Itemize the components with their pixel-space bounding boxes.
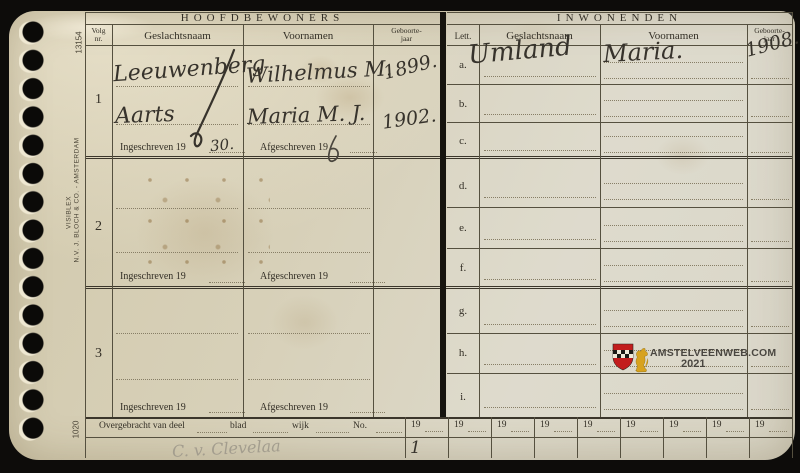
grid-line bbox=[447, 248, 792, 249]
handwritten-tally: 1 bbox=[410, 438, 421, 458]
dotted-line bbox=[751, 281, 789, 282]
dotted-line bbox=[484, 279, 596, 280]
dotted-line bbox=[751, 78, 789, 79]
grid-line bbox=[243, 24, 244, 417]
row-letter: i. bbox=[449, 391, 477, 403]
dotted-line bbox=[751, 409, 789, 410]
dotted-line bbox=[769, 431, 787, 432]
dotted-line bbox=[597, 431, 615, 432]
dotted-line bbox=[751, 366, 789, 367]
dotted-line bbox=[468, 431, 486, 432]
group-number: 2 bbox=[85, 219, 112, 235]
dotted-line bbox=[425, 431, 443, 432]
dotted-line bbox=[248, 252, 370, 253]
year-cell-label: 19 bbox=[411, 420, 421, 430]
center-divider bbox=[440, 12, 446, 417]
dotted-line bbox=[604, 409, 743, 410]
dotted-line bbox=[751, 116, 789, 117]
dotted-line bbox=[116, 379, 238, 380]
dotted-line bbox=[484, 150, 596, 151]
dotted-line bbox=[248, 333, 370, 334]
grid-line bbox=[792, 12, 793, 458]
dotted-line bbox=[253, 432, 288, 433]
group-number: 3 bbox=[85, 346, 112, 362]
dotted-line bbox=[316, 432, 349, 433]
dotted-line bbox=[751, 152, 789, 153]
handwritten-firstnames: Maria M. J. bbox=[247, 101, 366, 129]
grid-line bbox=[448, 417, 449, 458]
dotted-line bbox=[751, 199, 789, 200]
group-number: 1 bbox=[85, 92, 112, 108]
dotted-line bbox=[484, 364, 596, 365]
overgebracht-label: Overgebracht van deel bbox=[99, 421, 185, 431]
wijk-label: wijk bbox=[292, 421, 309, 431]
watermark-site-text: AMSTELVEENWEB.COM bbox=[650, 347, 776, 359]
grid-line bbox=[85, 417, 792, 419]
group-separator bbox=[85, 156, 792, 159]
dotted-line bbox=[604, 225, 743, 226]
dotted-line bbox=[116, 252, 238, 253]
dotted-line bbox=[604, 100, 743, 101]
no-label: No. bbox=[353, 421, 367, 431]
dotted-line bbox=[604, 183, 743, 184]
ingeschreven-label: Ingeschreven 19 bbox=[120, 142, 186, 153]
row-letter: f. bbox=[449, 262, 477, 274]
afgeschreven-label: Afgeschreven 19 bbox=[260, 271, 328, 282]
year-cell-label: 19 bbox=[755, 420, 765, 430]
dotted-line bbox=[554, 431, 572, 432]
group-separator bbox=[85, 286, 792, 289]
grid-line bbox=[749, 417, 750, 458]
dotted-line bbox=[209, 412, 245, 413]
column-header-birthyear: Geboorte- jaar bbox=[373, 27, 440, 43]
dotted-line bbox=[604, 393, 743, 394]
dotted-line bbox=[751, 326, 789, 327]
lion-icon bbox=[636, 348, 648, 372]
dotted-line bbox=[248, 208, 370, 209]
column-header-birthyear-line2: jaar bbox=[401, 34, 412, 43]
photo-background: 13154 VISIBLEX N.V. J. BLOCH & CO. - AMS… bbox=[0, 0, 800, 473]
dotted-line bbox=[484, 76, 596, 77]
dotted-line bbox=[604, 326, 743, 327]
grid-line bbox=[600, 24, 601, 417]
grid-line bbox=[85, 12, 86, 458]
dotted-line bbox=[604, 136, 743, 137]
year-cell-label: 19 bbox=[583, 420, 593, 430]
year-cell-label: 19 bbox=[626, 420, 636, 430]
dotted-line bbox=[604, 265, 743, 266]
handwritten-firstnames: Maria. bbox=[602, 36, 683, 68]
row-letter: h. bbox=[449, 347, 477, 359]
column-header-volgnr: Volg nr. bbox=[85, 27, 112, 43]
dotted-line bbox=[350, 282, 385, 283]
dotted-line bbox=[604, 199, 743, 200]
dotted-line bbox=[484, 239, 596, 240]
printer-imprint: VISIBLEX N.V. J. BLOCH & CO. - AMSTERDAM bbox=[66, 163, 81, 263]
grid-line bbox=[447, 24, 792, 25]
row-letter: c. bbox=[449, 135, 477, 147]
dotted-line bbox=[350, 152, 377, 153]
grid-line bbox=[663, 417, 664, 458]
row-letter: b. bbox=[449, 98, 477, 110]
dotted-line bbox=[640, 431, 658, 432]
dotted-line bbox=[484, 114, 596, 115]
binding-holes bbox=[19, 18, 47, 444]
dotted-line bbox=[116, 208, 238, 209]
ingeschreven-label: Ingeschreven 19 bbox=[120, 402, 186, 413]
afgeschreven-label: Afgeschreven 19 bbox=[260, 142, 328, 153]
dotted-line bbox=[511, 431, 529, 432]
grid-line bbox=[620, 417, 621, 458]
row-letter: e. bbox=[449, 222, 477, 234]
year-cell-label: 19 bbox=[540, 420, 550, 430]
dotted-line bbox=[604, 152, 743, 153]
dotted-line bbox=[683, 431, 701, 432]
year-cell-label: 19 bbox=[454, 420, 464, 430]
column-header-surname: Geslachtsnaam bbox=[112, 29, 243, 44]
year-cell-label: 19 bbox=[712, 420, 722, 430]
grid-line bbox=[447, 333, 792, 334]
dotted-line bbox=[604, 241, 743, 242]
grid-line bbox=[85, 437, 792, 438]
year-cell-label: 19 bbox=[497, 420, 507, 430]
grid-line bbox=[479, 24, 480, 417]
dotted-line bbox=[116, 333, 238, 334]
dotted-line bbox=[484, 407, 596, 408]
dotted-line bbox=[604, 281, 743, 282]
printer-imprint-line1: VISIBLEX bbox=[66, 163, 74, 263]
handwritten-registration-year: 30. bbox=[209, 135, 235, 155]
dotted-line bbox=[726, 431, 744, 432]
row-letter: g. bbox=[449, 305, 477, 317]
dotted-line bbox=[484, 324, 596, 325]
grid-line bbox=[534, 417, 535, 458]
grid-line bbox=[577, 417, 578, 458]
dotted-line bbox=[350, 412, 385, 413]
grid-line bbox=[447, 84, 792, 85]
grid-line bbox=[85, 24, 440, 25]
grid-line bbox=[373, 24, 374, 417]
printer-imprint-line2: N.V. J. BLOCH & CO. - AMSTERDAM bbox=[73, 163, 81, 263]
grid-line bbox=[491, 417, 492, 458]
dotted-line bbox=[751, 241, 789, 242]
serial-number-bottom: 1020 bbox=[72, 403, 81, 457]
dotted-line bbox=[209, 282, 245, 283]
dotted-line bbox=[604, 116, 743, 117]
amstelveen-crest bbox=[611, 341, 651, 375]
column-header-volgnr-line2: nr. bbox=[95, 34, 103, 43]
dotted-line bbox=[248, 379, 370, 380]
row-letter: d. bbox=[449, 180, 477, 192]
grid-line bbox=[447, 122, 792, 123]
handwritten-surname: Aarts bbox=[115, 102, 175, 129]
grid-line bbox=[85, 45, 440, 46]
year-cell-label: 19 bbox=[669, 420, 679, 430]
dotted-line bbox=[197, 432, 227, 433]
blad-label: blad bbox=[230, 421, 246, 431]
dotted-line bbox=[484, 197, 596, 198]
grid-line bbox=[447, 207, 792, 208]
ingeschreven-label: Ingeschreven 19 bbox=[120, 271, 186, 282]
section-title-inwonenden: INWONENDEN bbox=[447, 13, 792, 24]
dotted-line bbox=[116, 86, 238, 87]
column-header-firstnames: Voornamen bbox=[243, 29, 373, 44]
serial-number-top: 13154 bbox=[75, 16, 84, 70]
section-title-hoofdbewoners: HOOFDBEWONERS bbox=[85, 13, 440, 24]
grid-line bbox=[405, 417, 406, 458]
dotted-line bbox=[376, 432, 402, 433]
dotted-line bbox=[604, 78, 743, 79]
dotted-line bbox=[604, 310, 743, 311]
watermark-year: 2021 bbox=[681, 358, 705, 370]
afgeschreven-label: Afgeschreven 19 bbox=[260, 402, 328, 413]
shield-checker-band bbox=[613, 350, 633, 358]
grid-line bbox=[706, 417, 707, 458]
